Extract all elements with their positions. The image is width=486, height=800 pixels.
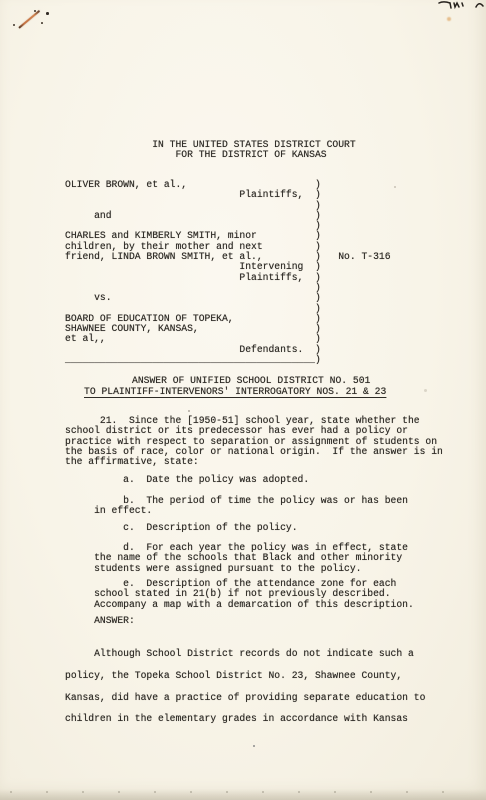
interrogatory-item-a: a. Date the policy was adopted. [65, 475, 309, 485]
orange-stain-speck [447, 17, 451, 21]
paper-speck [34, 10, 36, 12]
paper-speck [13, 24, 15, 26]
interrogatory-item-c: c. Description of the policy. [65, 523, 298, 533]
interrogatory-item-e: e. Description of the attendance zone fo… [65, 579, 414, 610]
paper-speck [188, 410, 190, 412]
scan-edge-shadow [0, 789, 486, 800]
interrogatory-21-paragraph: 21. Since the [1950-51] school year, sta… [65, 416, 443, 467]
answer-label: ANSWER: [65, 616, 135, 626]
case-caption: OLIVER BROWN, et al., ) Plaintiffs, ) ) … [65, 180, 391, 365]
court-heading: IN THE UNITED STATES DISTRICT COURT FOR … [65, 140, 356, 161]
answer-paragraph: Although School District records do not … [65, 643, 425, 730]
interrogatory-item-d: d. For each year the policy was in effec… [65, 543, 408, 574]
paper-speck [253, 745, 255, 747]
paper-speck [394, 186, 396, 188]
document-title-line1: ANSWER OF UNIFIED SCHOOL DISTRICT NO. 50… [132, 376, 370, 386]
paper-speck [41, 22, 43, 24]
paper-speck [424, 389, 427, 392]
scanned-page: IN THE UNITED STATES DISTRICT COURT FOR … [0, 0, 486, 800]
paper-speck [46, 12, 49, 15]
document-title-line2: TO PLAINTIFF-INTERVENORS' INTERROGATORY … [84, 387, 386, 397]
interrogatory-item-b: b. The period of time the policy was or … [65, 496, 408, 517]
ink-scribble [438, 0, 484, 12]
red-pen-mark [18, 10, 40, 29]
